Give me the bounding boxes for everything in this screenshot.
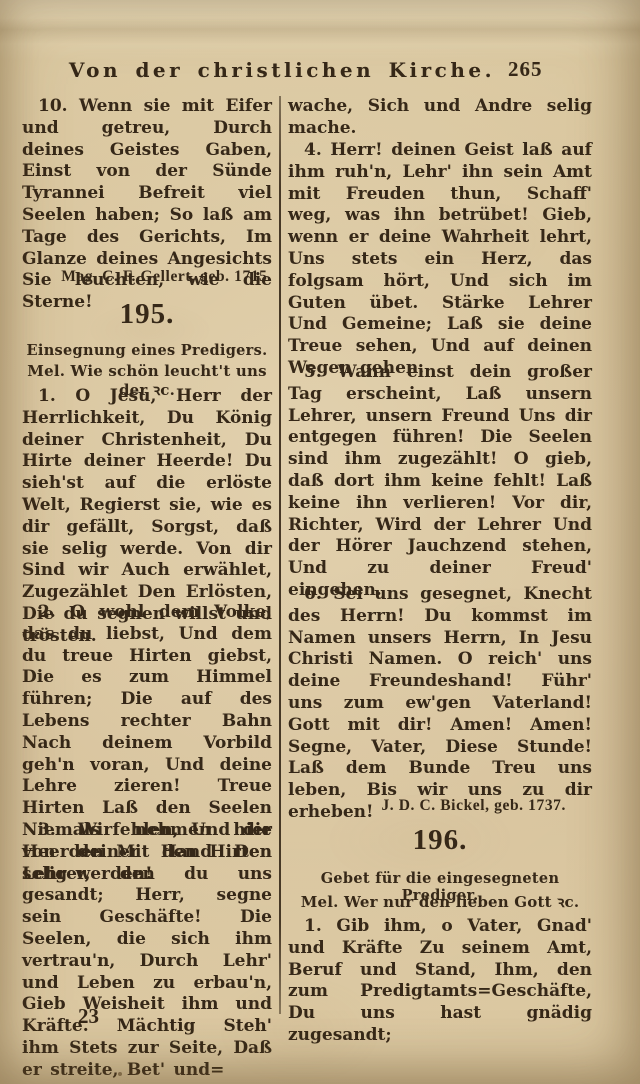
paper-speck (118, 1072, 122, 1076)
column-divider-rule (279, 96, 281, 1014)
hymn-195-verse-5: 5. Wann einst dein großer Tag erscheint,… (288, 362, 592, 602)
hymn-196-melody: Mel. Wer nur den lieben Gott ꝛc. (288, 892, 592, 912)
hymn-195-verse-3-continuation: wache, Sich und Andre selig mache. (288, 96, 592, 140)
author-attribution-gellert: Mag. C. F. Gellert, geb. 1715. (22, 268, 272, 286)
hymn-196-number: 196. (288, 824, 592, 857)
page-crease-shadow (0, 18, 640, 44)
sheet-signature-mark: 23 (78, 1004, 138, 1029)
author-attribution-bickel: J. D. C. Bickel, geb. 1737. (288, 797, 592, 815)
hymn-195-number: 195. (22, 298, 272, 331)
hymn-195-verse-6: 6. Sei uns gesegnet, Knecht des Herrn! D… (288, 584, 592, 824)
hymn-195-title: Einsegnung eines Predigers. (22, 342, 272, 359)
page-number: 265 (508, 57, 572, 82)
hymn-196-verse-1: 1. Gib ihm, o Vater, Gnad' und Kräfte Zu… (288, 916, 592, 1047)
hymn-195-verse-3: 3. Wir nehmen hier von deiner Hand Den L… (22, 820, 272, 1082)
hymn-195-verse-4: 4. Herr! deinen Geist laß auf ihm ruh'n,… (288, 140, 592, 380)
running-header-title: Von der christlichen Kirche. (64, 58, 500, 82)
